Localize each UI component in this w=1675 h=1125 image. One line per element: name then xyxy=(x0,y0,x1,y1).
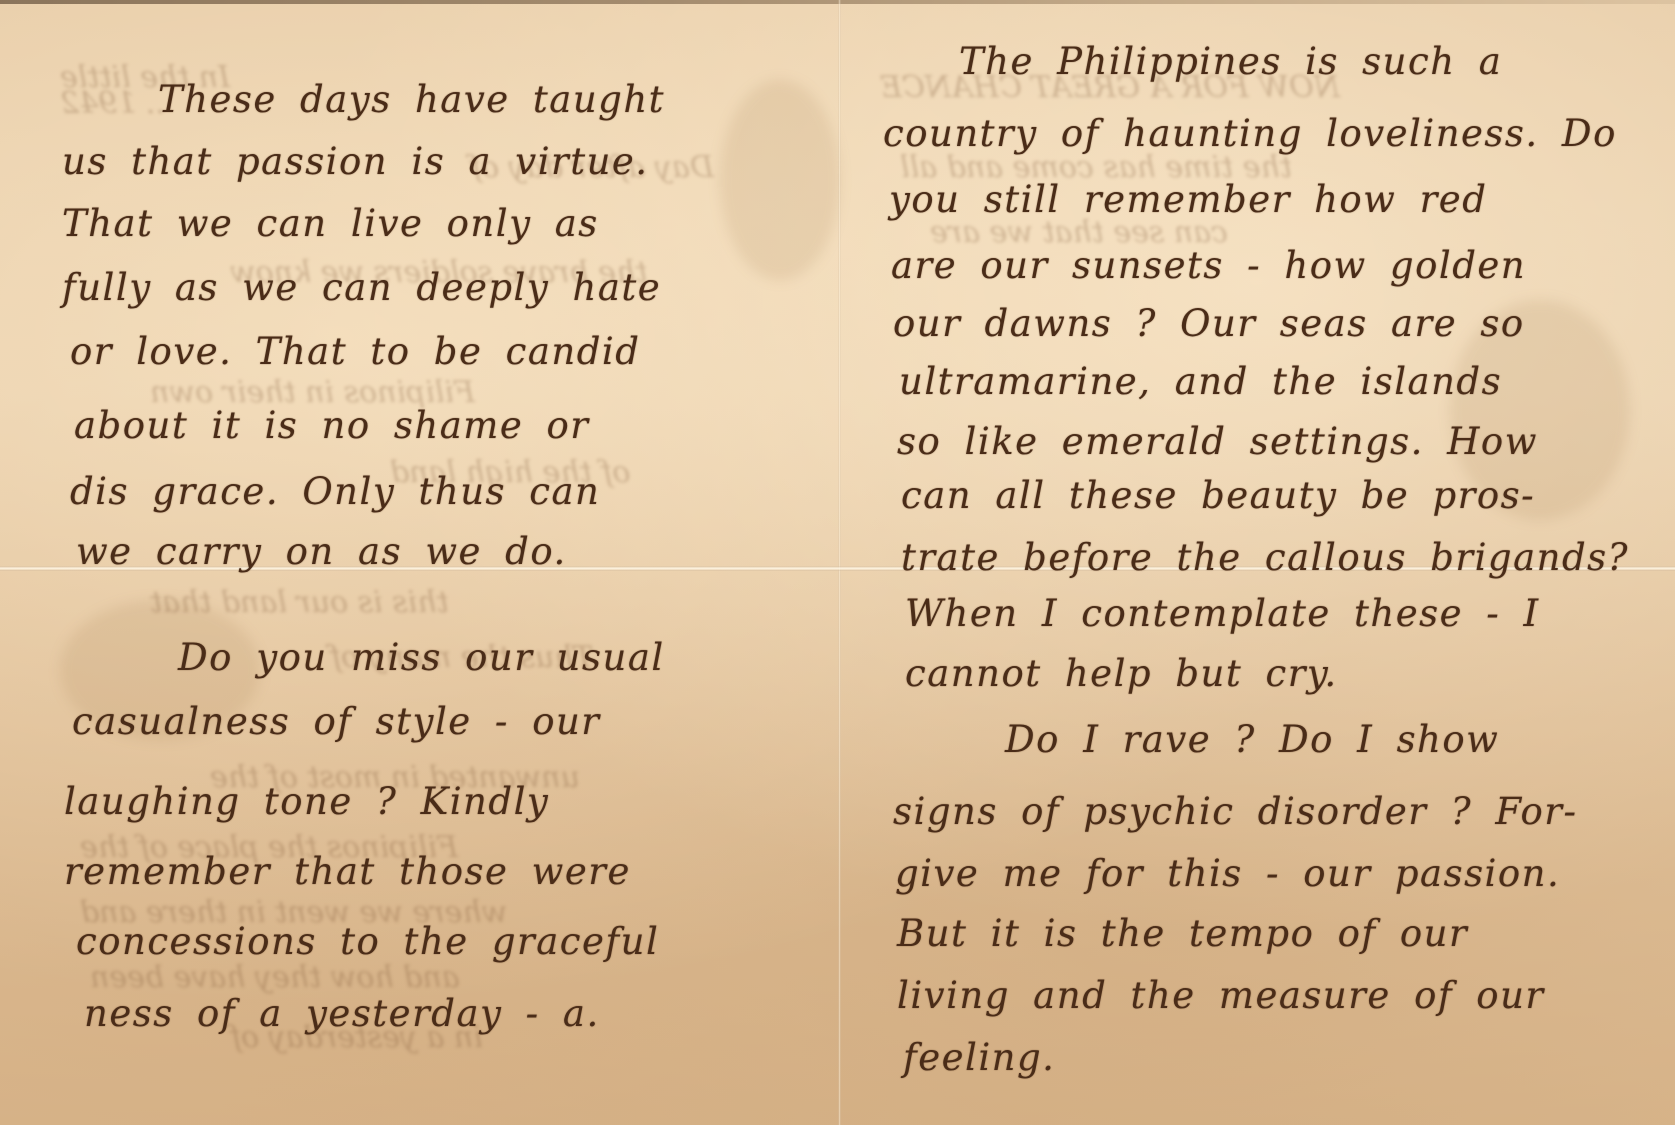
handwritten-line: remember that those were xyxy=(64,850,631,893)
handwritten-line: us that passion is a virtue. xyxy=(62,140,649,183)
handwritten-line: The Philippines is such a xyxy=(959,40,1502,83)
handwritten-line: are our sunsets - how golden xyxy=(891,244,1526,287)
handwritten-line: feeling. xyxy=(903,1036,1055,1079)
handwritten-line: trate before the callous brigands? xyxy=(901,536,1629,579)
handwritten-line: so like emerald settings. How xyxy=(897,420,1538,463)
handwritten-line: living and the measure of our xyxy=(897,974,1545,1017)
handwritten-line: ness of a yesterday - a. xyxy=(84,992,600,1035)
handwritten-line: or love. That to be candid xyxy=(70,330,640,373)
left-page: These days have taught us that passion i… xyxy=(0,0,838,1125)
handwritten-line: laughing tone ? Kindly xyxy=(64,780,549,823)
handwritten-line: signs of psychic disorder ? For- xyxy=(893,790,1577,833)
right-page: The Philippines is such a country of hau… xyxy=(841,0,1675,1125)
handwritten-line: These days have taught xyxy=(158,78,665,121)
handwritten-line: Do I rave ? Do I show xyxy=(1005,718,1499,761)
letter-paper: In the little .. 1942 Day after day of t… xyxy=(0,0,1675,1125)
handwritten-line: ultramarine, and the islands xyxy=(899,360,1502,403)
handwritten-line: you still remember how red xyxy=(889,178,1487,221)
handwritten-line: When I contemplate these - I xyxy=(905,592,1540,635)
handwritten-line: about it is no shame or xyxy=(74,404,589,447)
handwritten-line: our dawns ? Our seas are so xyxy=(893,302,1525,345)
handwritten-line: Do you miss our usual xyxy=(178,636,665,679)
handwritten-line: casualness of style - our xyxy=(72,700,601,743)
handwritten-line: That we can live only as xyxy=(62,202,599,245)
handwritten-line: cannot help but cry. xyxy=(905,652,1338,695)
handwritten-line: can all these beauty be pros- xyxy=(901,474,1535,517)
handwritten-line: country of haunting loveliness. Do xyxy=(883,112,1617,155)
handwritten-line: concessions to the graceful xyxy=(76,920,659,963)
handwritten-line: dis grace. Only thus can xyxy=(70,470,600,513)
handwritten-line: we carry on as we do. xyxy=(76,530,567,573)
handwritten-line: But it is the tempo of our xyxy=(897,912,1468,955)
handwritten-line: give me for this - our passion. xyxy=(895,852,1560,895)
handwritten-line: fully as we can deeply hate xyxy=(62,266,661,309)
